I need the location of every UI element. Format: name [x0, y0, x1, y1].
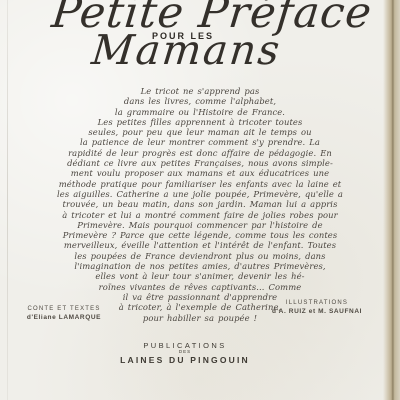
preface-line: Primevère. Mais pourquoi commencer par l… — [50, 220, 350, 230]
preface-line: elles vont à leur tour s'animer, devenir… — [50, 271, 350, 281]
preface-line: les aiguilles. Catherine a une jolie pou… — [50, 189, 350, 199]
preface-line: dans les livres, comme l'alphabet, — [50, 96, 350, 106]
preface-line: merveilleux, éveille l'attention et l'in… — [50, 240, 350, 250]
preface-line: ment voulu proposer aux mamans et aux éd… — [50, 168, 350, 178]
credit-illustrators-heading: ILLUSTRATIONS — [262, 300, 372, 306]
credit-author: CONTE ET TEXTES d'Eliane LAMARQUE — [14, 306, 114, 321]
preface-line: méthode pratique pour familiariser les e… — [50, 179, 350, 189]
publisher-imprint: PUBLICATIONS DES LAINES DU PINGOUIN — [85, 341, 285, 365]
preface-line: à tricoter et lui a montré comment faire… — [50, 210, 350, 220]
publisher-line2: DES — [85, 350, 285, 354]
page-edge-band — [383, 0, 400, 400]
preface-line: trouvée, un beau matin, dans son jardin.… — [50, 199, 350, 209]
preface-line: dédiant ce livre aux petites Françaises,… — [50, 158, 350, 168]
preface-line: Primevère ? Parce que cette légende, com… — [50, 230, 350, 240]
preface-line: roïnes vivantes de rêves captivants... C… — [50, 282, 350, 292]
credit-illustrators-names: d'A. RUIZ et M. SAUFNAI — [262, 308, 372, 315]
scanned-book-page: Petite Préface POUR LES Mamans Le tricot… — [0, 0, 400, 400]
preface-line: Le tricot ne s'apprend pas — [50, 86, 350, 96]
preface-line: la grammaire ou l'Histoire de France. — [50, 107, 350, 117]
preface-line: Les petites filles apprennent à tricoter… — [50, 117, 350, 127]
preface-line: les poupées de France deviendront plus o… — [50, 251, 350, 261]
credit-author-name: d'Eliane LAMARQUE — [14, 314, 114, 321]
preface-line: l'imagination de nos petites amies, d'au… — [50, 261, 350, 271]
publisher-line3: LAINES DU PINGOUIN — [85, 355, 285, 365]
title-block: Petite Préface POUR LES Mamans — [0, 0, 400, 86]
preface-line: rapidité de leur progrès est donc affair… — [50, 148, 350, 158]
credit-illustrators: ILLUSTRATIONS d'A. RUIZ et M. SAUFNAI — [262, 300, 372, 315]
page-title-line2: Mamans — [89, 26, 283, 74]
preface-text: Le tricot ne s'apprend pas dans les livr… — [50, 86, 350, 323]
credit-author-heading: CONTE ET TEXTES — [14, 306, 114, 312]
preface-line: la patience de leur montrer comment s'y … — [50, 137, 350, 147]
preface-line: seules, pour peu que leur maman ait le t… — [50, 127, 350, 137]
